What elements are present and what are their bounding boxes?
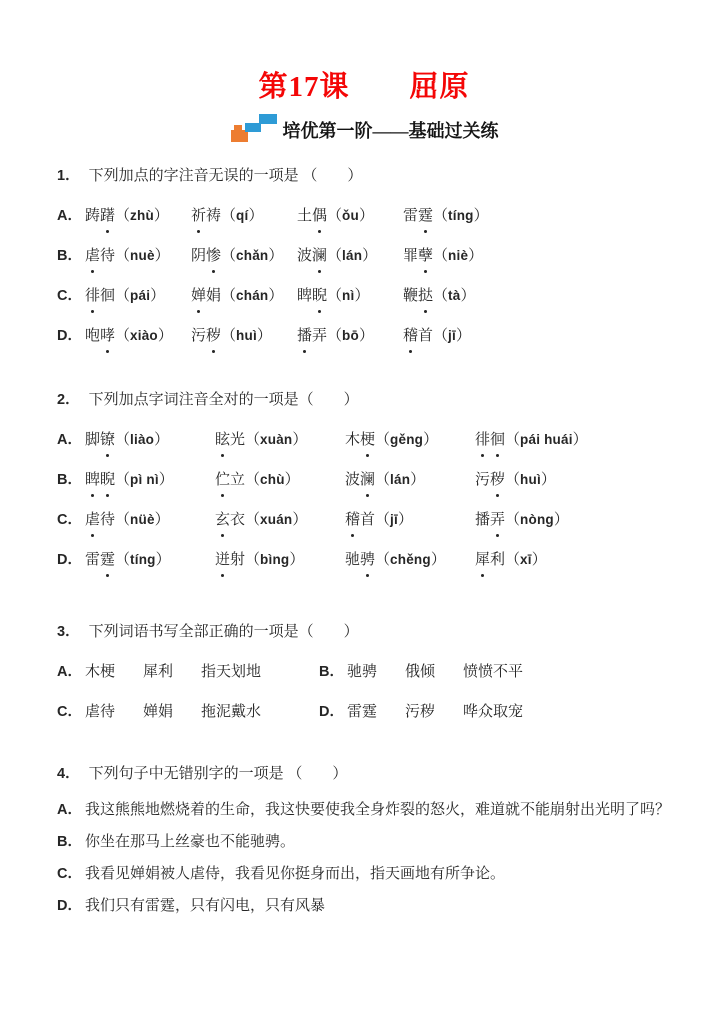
word-item: 波澜（lán） (345, 468, 475, 492)
char: 阴 (191, 244, 206, 268)
word-text: 雷霆 (85, 548, 115, 572)
char: 木 (345, 428, 360, 452)
paren-open: （ (327, 324, 342, 348)
paren-open: （ (115, 284, 130, 308)
char: 污 (191, 324, 206, 348)
paren-open: （ (115, 508, 130, 532)
word-item: 污秽（huì） (475, 468, 556, 492)
pinyin: chěng (390, 548, 431, 572)
char: 射 (230, 548, 245, 572)
question-stem: 1．下列加点的字注音无误的一项是 （ ） (57, 164, 671, 188)
option-label: A． (57, 428, 85, 452)
pinyin: huì (520, 468, 541, 492)
paren-close: ） (289, 548, 304, 572)
word-item: 鞭挞（tà） (403, 284, 475, 308)
word-text: 阴惨 (191, 244, 221, 268)
paren-close: ） (541, 468, 556, 492)
option-group: C．虐待婵娟拖泥戴水 (57, 700, 319, 724)
worksheet-page: 第17课 屈原 培优第一阶——基础过关练 1．下列加点的字注音无误的一项是 （ … (0, 0, 725, 1024)
char: 弄 (312, 324, 327, 348)
word-text: 迸射 (215, 548, 245, 572)
word-text: 污秽 (405, 700, 435, 724)
word-text: 罪孽 (403, 244, 433, 268)
char: 罪 (403, 244, 418, 268)
paren-open: （ (433, 244, 448, 268)
word-item: 咆哮（xiào） (85, 324, 191, 348)
paren-open: （ (375, 508, 390, 532)
question-2: 2．下列加点字词注音全对的一项是（ ）A．脚镣（liào）眩光（xuàn）木梗（… (57, 388, 671, 572)
paren-close: ） (456, 324, 471, 348)
option-sentence: 我看见婵娟被人虐侍，我看见你挺身而出，指天画地有所争论。 (85, 862, 505, 886)
char: 波 (345, 468, 360, 492)
paren-open: （ (327, 284, 342, 308)
word-text: 俄倾 (405, 660, 435, 684)
option-label: B． (57, 830, 85, 854)
paren-open: （ (115, 468, 130, 492)
char-dotted: 澜 (360, 468, 375, 492)
char: 脚 (85, 428, 100, 452)
questions-container: 1．下列加点的字注音无误的一项是 （ ）A．踌躇（zhù）祈祷（qí）土偶（ǒu… (57, 164, 671, 918)
pinyin: huì (236, 324, 257, 348)
pinyin: pái (130, 284, 150, 308)
paren-close: ） (468, 244, 483, 268)
paren-close: ） (156, 548, 171, 572)
word-item: 睥睨（pì nì） (85, 468, 215, 492)
char-dotted: 澜 (312, 244, 327, 268)
pinyin: pái huái (520, 428, 573, 452)
paren-close: ） (573, 428, 588, 452)
word-item: 波澜（lán） (297, 244, 403, 268)
paren-close: ） (354, 284, 369, 308)
char-dotted: 睥 (85, 468, 100, 492)
word-item: 犀利（xī） (475, 548, 547, 572)
pinyin: chǎn (236, 244, 268, 268)
char-dotted: 徘 (475, 428, 490, 452)
pinyin: pì nì (130, 468, 159, 492)
char-dotted: 惨 (206, 244, 221, 268)
word-item: 伫立（chù） (215, 468, 345, 492)
option-row: D．我们只有雷霆，只有闪电，只有风暴 (57, 894, 671, 918)
option-group: A．木梗犀利指天划地 (57, 660, 319, 684)
question-number: 2． (57, 392, 80, 408)
option-sentence: 我这熊熊地燃烧着的生命，我这快要使我全身炸裂的怒火，难道就不能崩射出光明了吗？ (85, 798, 670, 822)
char-dotted: 梗 (360, 428, 375, 452)
char-dotted: 虐 (85, 244, 100, 268)
option-label: B． (57, 468, 85, 492)
word-item: 眩光（xuàn） (215, 428, 345, 452)
paren-close: ） (423, 428, 438, 452)
char: 雷 (85, 548, 100, 572)
word-text: 徘徊 (85, 284, 115, 308)
word-text: 污秽 (475, 468, 505, 492)
pinyin: jī (390, 508, 398, 532)
paren-open: （ (245, 508, 260, 532)
option-label: C． (57, 700, 85, 724)
paren-open: （ (221, 204, 236, 228)
word-text: 虐待 (85, 244, 115, 268)
stairs-icon (230, 113, 278, 143)
word-item: 虐待（nüè） (85, 508, 215, 532)
option-row: C．徘徊（pái）婵娟（chán）睥睨（nì）鞭挞（tà） (57, 284, 671, 308)
pinyin: chán (236, 284, 268, 308)
section-header-text: 培优第一阶——基础过关练 (283, 119, 499, 143)
option-row: B．睥睨（pì nì）伫立（chù）波澜（lán）污秽（huì） (57, 468, 671, 492)
option-sentence: 你坐在那马上丝豪也不能驰骋。 (85, 830, 295, 854)
char-dotted: 徘 (85, 284, 100, 308)
option-row: A．脚镣（liào）眩光（xuàn）木梗（gěng）徘徊（pái huái） (57, 428, 671, 452)
option-label: C． (57, 284, 85, 308)
option-group: D．雷霆污秽哗众取宠 (319, 700, 523, 724)
char-dotted: 婵 (191, 284, 206, 308)
paren-close: ） (292, 428, 307, 452)
char-dotted: 孽 (418, 244, 433, 268)
word-text: 犀利 (143, 660, 173, 684)
word-item: 污秽（huì） (191, 324, 297, 348)
paren-open: （ (433, 284, 448, 308)
word-text: 污秽 (191, 324, 221, 348)
paren-close: ） (359, 204, 374, 228)
char: 雷 (403, 204, 418, 228)
paren-open: （ (375, 548, 390, 572)
lesson-title: 第17课 屈原 (57, 0, 671, 104)
paren-close: ） (257, 324, 272, 348)
option-label: B． (57, 244, 85, 268)
option-label: D． (319, 700, 347, 724)
word-text: 咆哮 (85, 324, 115, 348)
paren-open: （ (221, 324, 236, 348)
word-text: 眩光 (215, 428, 245, 452)
char: 立 (230, 468, 245, 492)
paren-close: ） (159, 468, 174, 492)
word-text: 愤愤不平 (463, 660, 523, 684)
word-text: 驰骋 (345, 548, 375, 572)
word-text: 虐待 (85, 508, 115, 532)
paren-open: （ (245, 468, 260, 492)
paren-open: （ (327, 244, 342, 268)
question-number: 3． (57, 624, 80, 640)
word-text: 睥睨 (85, 468, 115, 492)
pinyin: xī (520, 548, 532, 572)
word-item: 玄衣（xuán） (215, 508, 345, 532)
char: 光 (230, 428, 245, 452)
word-text: 播弄 (475, 508, 505, 532)
pinyin: gěng (390, 428, 423, 452)
char-dotted: 稽 (345, 508, 360, 532)
question-stem: 2．下列加点字词注音全对的一项是（ ） (57, 388, 671, 412)
char-dotted: 迸 (215, 548, 230, 572)
word-item: 祈祷（qí） (191, 204, 297, 228)
word-item: 稽首（jī） (345, 508, 475, 532)
question-4: 4．下列句子中无错别字的一项是 （ ）A．我这熊熊地燃烧着的生命，我这快要使我全… (57, 762, 671, 918)
pinyin: qí (236, 204, 248, 228)
word-item: 阴惨（chǎn） (191, 244, 297, 268)
paren-open: （ (505, 428, 520, 452)
option-label: A． (57, 798, 85, 822)
char: 播 (475, 508, 490, 532)
paren-open: （ (115, 428, 130, 452)
word-text: 婵娟 (143, 700, 173, 724)
paren-close: ） (554, 508, 569, 532)
paren-close: ） (155, 244, 170, 268)
word-text: 木梗 (345, 428, 375, 452)
char-dotted: 骋 (360, 548, 375, 572)
paren-close: ） (362, 244, 377, 268)
option-row: C．虐待婵娟拖泥戴水D．雷霆污秽哗众取宠 (57, 700, 671, 724)
char-dotted: 霆 (418, 204, 433, 228)
word-text: 土偶 (297, 204, 327, 228)
word-text: 睥睨 (297, 284, 327, 308)
word-text: 玄衣 (215, 508, 245, 532)
word-item: 踌躇（zhù） (85, 204, 191, 228)
char: 鞭 (403, 284, 418, 308)
word-item: 徘徊（pái） (85, 284, 191, 308)
paren-open: （ (221, 244, 236, 268)
paren-close: ） (268, 284, 283, 308)
char: 利 (490, 548, 505, 572)
word-item: 木梗（gěng） (345, 428, 475, 452)
option-row: C．我看见婵娟被人虐侍，我看见你挺身而出，指天画地有所争论。 (57, 862, 671, 886)
paren-open: （ (115, 244, 130, 268)
option-row: B．你坐在那马上丝豪也不能驰骋。 (57, 830, 671, 854)
paren-open: （ (327, 204, 342, 228)
word-item: 睥睨（nì） (297, 284, 403, 308)
char-dotted: 霆 (100, 548, 115, 572)
char-dotted: 眩 (215, 428, 230, 452)
option-row: B．虐待（nuè）阴惨（chǎn）波澜（lán）罪孽（niè） (57, 244, 671, 268)
paren-open: （ (245, 548, 260, 572)
char: 徊 (100, 284, 115, 308)
char-dotted: 挞 (418, 284, 433, 308)
pinyin: zhù (130, 204, 154, 228)
option-label: A． (57, 660, 85, 684)
word-item: 徘徊（pái huái） (475, 428, 588, 452)
question-number: 4． (57, 766, 80, 782)
word-text: 雷霆 (403, 204, 433, 228)
char-dotted: 伫 (215, 468, 230, 492)
word-text: 稽首 (345, 508, 375, 532)
paren-open: （ (115, 324, 130, 348)
char: 待 (100, 244, 115, 268)
word-text: 播弄 (297, 324, 327, 348)
pinyin: bìng (260, 548, 289, 572)
paren-open: （ (115, 204, 130, 228)
word-text: 鞭挞 (403, 284, 433, 308)
pinyin: xiào (130, 324, 158, 348)
char-dotted: 徊 (490, 428, 505, 452)
char-dotted: 睨 (100, 468, 115, 492)
paren-open: （ (245, 428, 260, 452)
paren-close: ） (158, 324, 173, 348)
paren-close: ） (460, 284, 475, 308)
word-text: 婵娟 (191, 284, 221, 308)
word-text: 徘徊 (475, 428, 505, 452)
pinyin: niè (448, 244, 468, 268)
char-dotted: 玄 (215, 508, 230, 532)
char: 衣 (230, 508, 245, 532)
paren-open: （ (505, 468, 520, 492)
option-row: C．虐待（nüè）玄衣（xuán）稽首（jī）播弄（nòng） (57, 508, 671, 532)
char-dotted: 秽 (490, 468, 505, 492)
option-label: C． (57, 862, 85, 886)
char-dotted: 哮 (100, 324, 115, 348)
word-text: 波澜 (345, 468, 375, 492)
pinyin: bō (342, 324, 359, 348)
pinyin: tà (448, 284, 460, 308)
word-text: 踌躇 (85, 204, 115, 228)
char-dotted: 秽 (206, 324, 221, 348)
word-text: 波澜 (297, 244, 327, 268)
option-label: D． (57, 894, 85, 918)
char: 首 (360, 508, 375, 532)
pinyin: ǒu (342, 204, 359, 228)
paren-open: （ (375, 428, 390, 452)
paren-close: ） (292, 508, 307, 532)
pinyin: tíng (448, 204, 474, 228)
paren-close: ） (398, 508, 413, 532)
word-item: 稽首（jī） (403, 324, 471, 348)
pinyin: nì (342, 284, 354, 308)
word-text: 哗众取宠 (463, 700, 523, 724)
word-item: 雷霆（tíng） (85, 548, 215, 572)
word-item: 婵娟（chán） (191, 284, 297, 308)
char-dotted: 弄 (490, 508, 505, 532)
char: 咆 (85, 324, 100, 348)
option-row: A．我这熊熊地燃烧着的生命，我这快要使我全身炸裂的怒火，难道就不能崩射出光明了吗… (57, 798, 671, 822)
paren-close: ） (285, 468, 300, 492)
word-item: 播弄（nòng） (475, 508, 569, 532)
word-text: 驰骋 (347, 660, 377, 684)
pinyin: lán (342, 244, 362, 268)
pinyin: nòng (520, 508, 554, 532)
question-stem-text: 下列加点字词注音全对的一项是（ ） (89, 392, 359, 408)
option-group: B．驰骋俄倾愤愤不平 (319, 660, 523, 684)
paren-close: ） (268, 244, 283, 268)
char-dotted: 镣 (100, 428, 115, 452)
question-3: 3．下列词语书写全部正确的一项是（ ）A．木梗犀利指天划地B．驰骋俄倾愤愤不平C… (57, 620, 671, 724)
char-dotted: 睨 (312, 284, 327, 308)
paren-close: ） (431, 548, 446, 572)
word-text: 木梗 (85, 660, 115, 684)
pinyin: tíng (130, 548, 156, 572)
paren-close: ） (155, 508, 170, 532)
paren-close: ） (532, 548, 547, 572)
paren-close: ） (359, 324, 374, 348)
question-stem-text: 下列加点的字注音无误的一项是 （ ） (89, 168, 363, 184)
paren-close: ） (150, 284, 165, 308)
word-item: 播弄（bō） (297, 324, 403, 348)
paren-open: （ (375, 468, 390, 492)
pinyin: nüè (130, 508, 155, 532)
word-text: 祈祷 (191, 204, 221, 228)
paren-open: （ (433, 324, 448, 348)
pinyin: nuè (130, 244, 155, 268)
char: 娟 (206, 284, 221, 308)
char: 污 (475, 468, 490, 492)
word-item: 雷霆（tíng） (403, 204, 489, 228)
question-stem: 3．下列词语书写全部正确的一项是（ ） (57, 620, 671, 644)
pinyin: chù (260, 468, 285, 492)
char-dotted: 犀 (475, 548, 490, 572)
option-label: C． (57, 508, 85, 532)
question-stem-text: 下列句子中无错别字的一项是 （ ） (89, 766, 348, 782)
paren-close: ） (248, 204, 263, 228)
char-dotted: 偶 (312, 204, 327, 228)
paren-open: （ (505, 508, 520, 532)
word-text: 脚镣 (85, 428, 115, 452)
paren-open: （ (221, 284, 236, 308)
word-text: 犀利 (475, 548, 505, 572)
char: 驰 (345, 548, 360, 572)
pinyin: lán (390, 468, 410, 492)
pinyin: xuàn (260, 428, 292, 452)
word-text: 稽首 (403, 324, 433, 348)
word-item: 土偶（ǒu） (297, 204, 403, 228)
char: 首 (418, 324, 433, 348)
word-item: 驰骋（chěng） (345, 548, 475, 572)
pinyin: jī (448, 324, 456, 348)
pinyin: liào (130, 428, 154, 452)
paren-close: ） (154, 428, 169, 452)
char: 待 (100, 508, 115, 532)
word-text: 伫立 (215, 468, 245, 492)
paren-open: （ (433, 204, 448, 228)
char-dotted: 稽 (403, 324, 418, 348)
option-row: D．雷霆（tíng）迸射（bìng）驰骋（chěng）犀利（xī） (57, 548, 671, 572)
option-row: A．踌躇（zhù）祈祷（qí）土偶（ǒu）雷霆（tíng） (57, 204, 671, 228)
word-item: 罪孽（niè） (403, 244, 483, 268)
word-text: 指天划地 (201, 660, 261, 684)
option-label: D． (57, 548, 85, 572)
question-number: 1． (57, 168, 80, 184)
question-1: 1．下列加点的字注音无误的一项是 （ ）A．踌躇（zhù）祈祷（qí）土偶（ǒu… (57, 164, 671, 348)
question-stem: 4．下列句子中无错别字的一项是 （ ） (57, 762, 671, 786)
word-item: 迸射（bìng） (215, 548, 345, 572)
option-row: D．咆哮（xiào）污秽（huì）播弄（bō）稽首（jī） (57, 324, 671, 348)
word-text: 雷霆 (347, 700, 377, 724)
option-label: D． (57, 324, 85, 348)
paren-open: （ (115, 548, 130, 572)
option-row: A．木梗犀利指天划地B．驰骋俄倾愤愤不平 (57, 660, 671, 684)
option-label: A． (57, 204, 85, 228)
char: 祷 (206, 204, 221, 228)
char-dotted: 躇 (100, 204, 115, 228)
paren-close: ） (154, 204, 169, 228)
char: 波 (297, 244, 312, 268)
option-sentence: 我们只有雷霆，只有闪电，只有风暴 (85, 894, 325, 918)
option-label: B． (319, 660, 347, 684)
char-dotted: 播 (297, 324, 312, 348)
question-stem-text: 下列词语书写全部正确的一项是（ ） (89, 624, 359, 640)
char: 土 (297, 204, 312, 228)
paren-close: ） (410, 468, 425, 492)
word-item: 脚镣（liào） (85, 428, 215, 452)
paren-open: （ (505, 548, 520, 572)
char: 睥 (297, 284, 312, 308)
word-text: 拖泥戴水 (201, 700, 261, 724)
pinyin: xuán (260, 508, 292, 532)
word-item: 虐待（nuè） (85, 244, 191, 268)
char: 踌 (85, 204, 100, 228)
section-header: 培优第一阶——基础过关练 (57, 113, 671, 143)
char-dotted: 虐 (85, 508, 100, 532)
char-dotted: 祈 (191, 204, 206, 228)
paren-close: ） (474, 204, 489, 228)
word-text: 虐待 (85, 700, 115, 724)
